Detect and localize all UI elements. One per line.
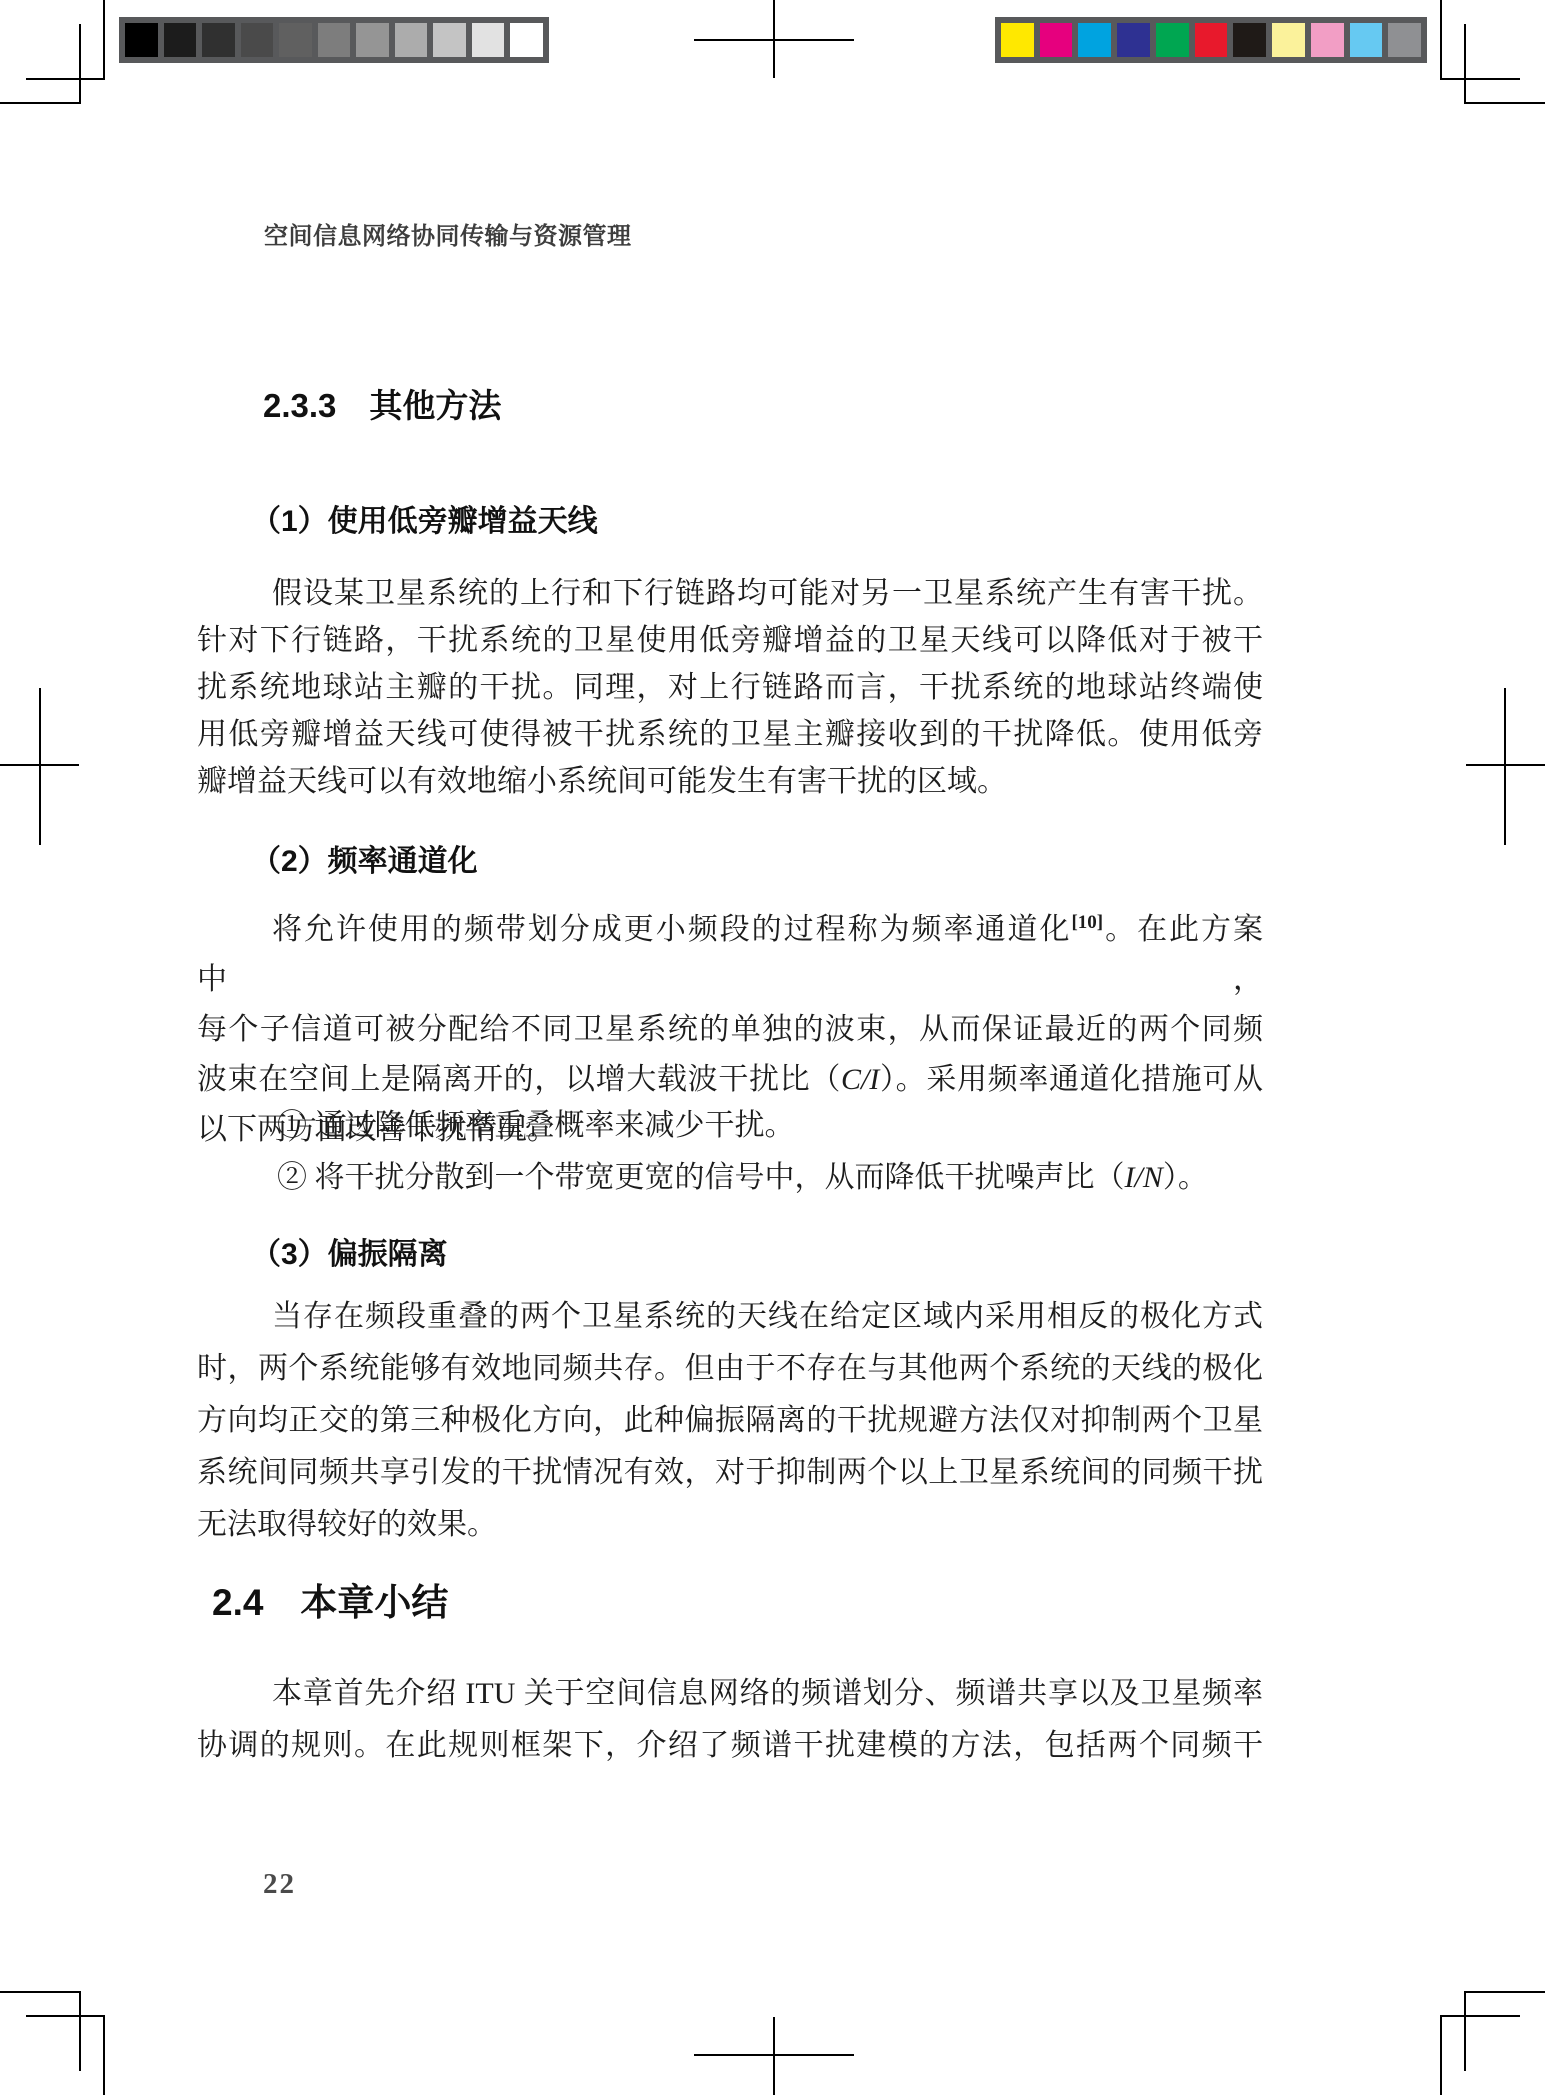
superscript-citation: [10] bbox=[1071, 912, 1103, 933]
calibration-swatch bbox=[356, 23, 389, 57]
crop-mark bbox=[1464, 102, 1545, 104]
crop-mark bbox=[26, 78, 105, 80]
calibration-swatch bbox=[1040, 23, 1073, 57]
crop-mark bbox=[0, 1991, 81, 1993]
crop-mark bbox=[103, 2015, 105, 2095]
registration-cross bbox=[1466, 764, 1545, 766]
crop-mark bbox=[1464, 1991, 1545, 1993]
calibration-swatch bbox=[1195, 23, 1228, 57]
text-line: 针对下行链路，干扰系统的卫星使用低旁瓣增益的卫星天线可以降低对于被干 bbox=[197, 617, 1263, 664]
list-item: ① 通过降低频率重叠概率来减少干扰。 bbox=[277, 1100, 1263, 1152]
text-segment: 将允许使用的频带划分成更小频段的过程称为频率通道化 bbox=[272, 913, 1071, 946]
registration-cross bbox=[694, 39, 854, 41]
text-line: 瓣增益天线可以有效地缩小系统间可能发生有害干扰的区域。 bbox=[197, 758, 1263, 805]
registration-cross bbox=[39, 688, 41, 845]
section-heading-2-4: 2.4 本章小结 bbox=[212, 1572, 448, 1626]
text-segment: ）。 bbox=[1163, 1161, 1208, 1194]
crop-mark bbox=[26, 2015, 105, 2017]
text-line: 将允许使用的频带划分成更小频段的过程称为频率通道化[10]。在此方案中， bbox=[197, 905, 1263, 1005]
registration-cross bbox=[773, 2017, 775, 2095]
text-line: 无法取得较好的效果。 bbox=[197, 1499, 1263, 1551]
text-line: 本章首先介绍 ITU 关于空间信息网络的频谱划分、频谱共享以及卫星频率 bbox=[197, 1668, 1263, 1720]
crop-mark bbox=[1464, 1991, 1466, 2071]
crop-mark bbox=[79, 24, 81, 104]
paragraph: 本章首先介绍 ITU 关于空间信息网络的频谱划分、频谱共享以及卫星频率 协调的规… bbox=[197, 1668, 1263, 1772]
text-line: 时，两个系统能够有效地同频共存。但由于不存在与其他两个系统的天线的极化 bbox=[197, 1343, 1263, 1395]
text-segment: ）。采用频率通道化措施可从 bbox=[879, 1063, 1263, 1096]
registration-cross bbox=[1504, 688, 1506, 845]
page-number: 22 bbox=[263, 1868, 296, 1901]
subheading-1: （1）使用低旁瓣增益天线 bbox=[197, 496, 1263, 540]
calibration-swatch bbox=[1156, 23, 1189, 57]
calibration-swatch bbox=[472, 23, 505, 57]
section-heading-2-3-3: 2.3.3 其他方法 bbox=[263, 380, 501, 427]
calibration-swatch bbox=[241, 23, 274, 57]
crop-mark bbox=[1441, 2015, 1520, 2017]
text-line: 假设某卫星系统的上行和下行链路均可能对另一卫星系统产生有害干扰。 bbox=[197, 570, 1263, 617]
calibration-swatch bbox=[1001, 23, 1034, 57]
italic-ratio: I/N bbox=[1125, 1161, 1163, 1194]
registration-cross bbox=[0, 764, 79, 766]
calibration-swatch bbox=[318, 23, 351, 57]
color-calibration-bar bbox=[995, 17, 1427, 63]
calibration-swatch bbox=[510, 23, 543, 57]
calibration-swatch bbox=[1233, 23, 1266, 57]
text-line: 每个子信道可被分配给不同卫星系统的单独的波束，从而保证最近的两个同频 bbox=[197, 1005, 1263, 1055]
grayscale-calibration-bar bbox=[119, 17, 549, 63]
numbered-list: ① 通过降低频率重叠概率来减少干扰。 ② 将干扰分散到一个带宽更宽的信号中，从而… bbox=[197, 1100, 1263, 1204]
crop-mark bbox=[1441, 78, 1520, 80]
calibration-swatch bbox=[1311, 23, 1344, 57]
crop-mark bbox=[79, 1991, 81, 2071]
running-header: 空间信息网络协同传输与资源管理 bbox=[264, 216, 632, 251]
calibration-swatch bbox=[164, 23, 197, 57]
calibration-swatch bbox=[125, 23, 158, 57]
calibration-swatch bbox=[1117, 23, 1150, 57]
crop-mark bbox=[1440, 2015, 1442, 2095]
calibration-swatch bbox=[395, 23, 428, 57]
registration-cross bbox=[694, 2054, 854, 2056]
paragraph: 假设某卫星系统的上行和下行链路均可能对另一卫星系统产生有害干扰。 针对下行链路，… bbox=[197, 570, 1263, 805]
text-line: 协调的规则。在此规则框架下，介绍了频谱干扰建模的方法，包括两个同频干 bbox=[197, 1720, 1263, 1772]
calibration-swatch bbox=[1388, 23, 1421, 57]
crop-mark bbox=[103, 0, 105, 80]
text-segment: 波束在空间上是隔离开的，以增大载波干扰比（ bbox=[197, 1063, 841, 1096]
text-line: 波束在空间上是隔离开的，以增大载波干扰比（C/I）。采用频率通道化措施可从 bbox=[197, 1055, 1263, 1105]
paragraph: 当存在频段重叠的两个卫星系统的天线在给定区域内采用相反的极化方式 时，两个系统能… bbox=[197, 1291, 1263, 1551]
calibration-swatch bbox=[1350, 23, 1383, 57]
text-line: 方向均正交的第三种极化方向，此种偏振隔离的干扰规避方法仅对抑制两个卫星 bbox=[197, 1395, 1263, 1447]
calibration-swatch bbox=[202, 23, 235, 57]
text-line: 用低旁瓣增益天线可使得被干扰系统的卫星主瓣接收到的干扰降低。使用低旁 bbox=[197, 711, 1263, 758]
text-segment: ② 将干扰分散到一个带宽更宽的信号中，从而降低干扰噪声比（ bbox=[277, 1161, 1125, 1194]
subheading-3: （3）偏振隔离 bbox=[197, 1229, 1263, 1273]
calibration-swatch bbox=[279, 23, 312, 57]
subheading-2: （2）频率通道化 bbox=[197, 836, 1263, 880]
text-line: 系统间同频共享引发的干扰情况有效，对于抑制两个以上卫星系统间的同频干扰 bbox=[197, 1447, 1263, 1499]
crop-mark bbox=[1440, 0, 1442, 80]
text-line: 扰系统地球站主瓣的干扰。同理，对上行链路而言，干扰系统的地球站终端使 bbox=[197, 664, 1263, 711]
calibration-swatch bbox=[1272, 23, 1305, 57]
crop-mark bbox=[0, 102, 81, 104]
crop-mark bbox=[1464, 24, 1466, 104]
list-item: ② 将干扰分散到一个带宽更宽的信号中，从而降低干扰噪声比（I/N）。 bbox=[277, 1152, 1263, 1204]
book-page-scan: 空间信息网络协同传输与资源管理 2.3.3 其他方法 （1）使用低旁瓣增益天线 … bbox=[0, 0, 1545, 2095]
italic-ratio: C/I bbox=[841, 1063, 879, 1096]
calibration-swatch bbox=[433, 23, 466, 57]
text-line: 当存在频段重叠的两个卫星系统的天线在给定区域内采用相反的极化方式 bbox=[197, 1291, 1263, 1343]
calibration-swatch bbox=[1078, 23, 1111, 57]
